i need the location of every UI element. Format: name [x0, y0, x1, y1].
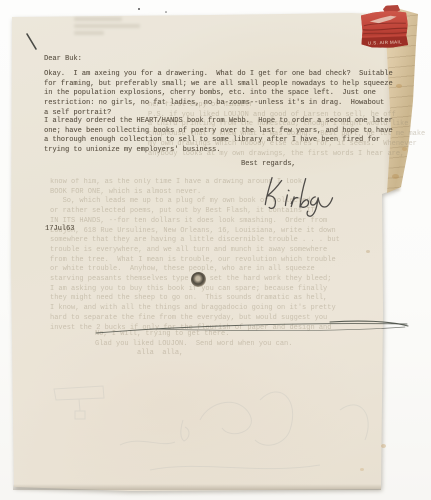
- foxing-spot: [360, 468, 364, 471]
- foxing-spot: [396, 84, 402, 88]
- foxing-spot: [402, 147, 407, 151]
- foxing-spot: [392, 174, 399, 179]
- pen-tick-icon: [27, 34, 36, 49]
- foxing-spot: [366, 250, 370, 253]
- pen-flourish-icon: [96, 321, 408, 333]
- foxing-spot: [381, 444, 386, 448]
- scanned-letter: U.S. AIR MAIL her first copy of himself …: [0, 0, 431, 500]
- pencil-sketch-icon: [54, 386, 368, 470]
